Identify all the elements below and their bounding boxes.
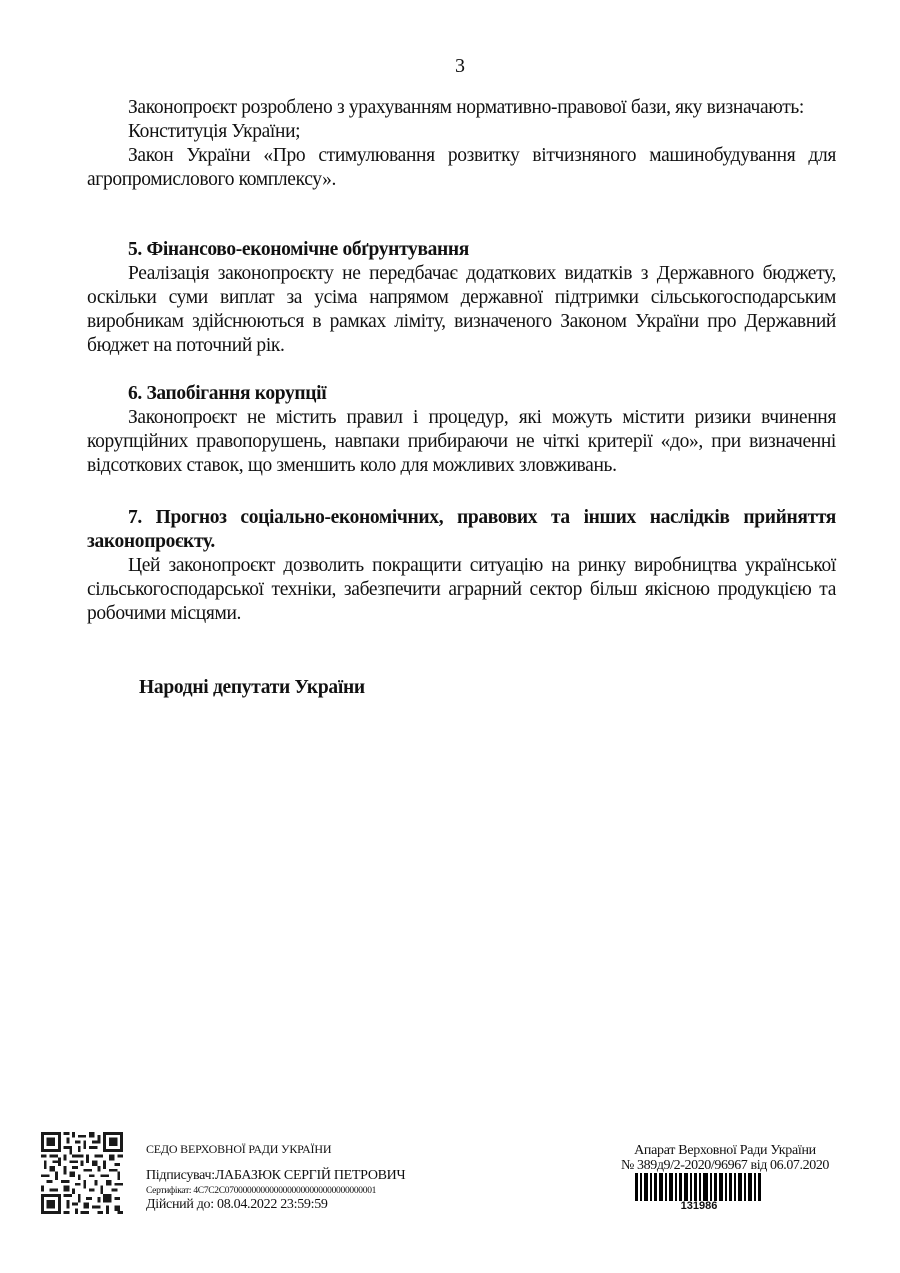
section-heading: 7. Прогноз соціально-економічних, правов… [87, 506, 836, 554]
intro-paragraph: Законопроєкт розроблено з урахуванням но… [87, 96, 836, 120]
intro-block: Законопроєкт розроблено з урахуванням но… [87, 96, 836, 192]
intro-paragraph: Конституція України; [87, 120, 836, 144]
section-forecast: 7. Прогноз соціально-економічних, правов… [87, 506, 836, 626]
section-text: Цей законопроєкт дозволить покращити сит… [87, 554, 836, 626]
registration-number: № 389д9/2-2020/96967 від 06.07.2020 [600, 1158, 850, 1174]
certificate-id: Сертифікат: 4C7C2C0700000000000000000000… [146, 1186, 376, 1196]
valid-until: Дійсний до: 08.04.2022 23:59:59 [146, 1197, 328, 1213]
section-financial: 5. Фінансово-економічне обґрунтування Ре… [87, 238, 836, 358]
barcode-icon [635, 1173, 763, 1201]
qr-code-icon [40, 1132, 124, 1214]
barcode-number: 131986 [635, 1200, 763, 1212]
signer-name: Підписувач:ЛАБАЗЮК СЕРГІЙ ПЕТРОВИЧ [146, 1168, 405, 1184]
section-heading: 6. Запобігання корупції [87, 382, 836, 406]
section-heading: 5. Фінансово-економічне обґрунтування [87, 238, 836, 262]
page-number: 3 [0, 55, 900, 78]
registration-organization: Апарат Верховної Ради України [600, 1143, 850, 1159]
section-text: Законопроєкт не містить правил і процеду… [87, 406, 836, 478]
section-corruption: 6. Запобігання корупції Законопроєкт не … [87, 382, 836, 478]
intro-paragraph: Закон України «Про стимулювання розвитку… [87, 144, 836, 192]
signoff: Народні депутати України [139, 677, 365, 699]
section-text: Реалізація законопроєкту не передбачає д… [87, 262, 836, 358]
sedo-label: СЕДО ВЕРХОВНОЇ РАДИ УКРАЇНИ [146, 1142, 331, 1157]
